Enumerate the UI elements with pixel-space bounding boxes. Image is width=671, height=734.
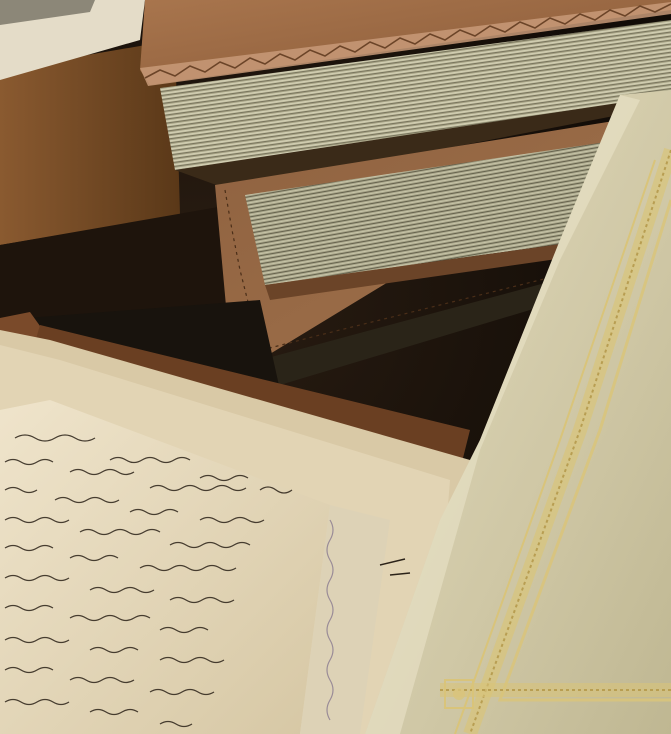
scene-illustration xyxy=(0,0,671,734)
photo-scene xyxy=(0,0,671,734)
